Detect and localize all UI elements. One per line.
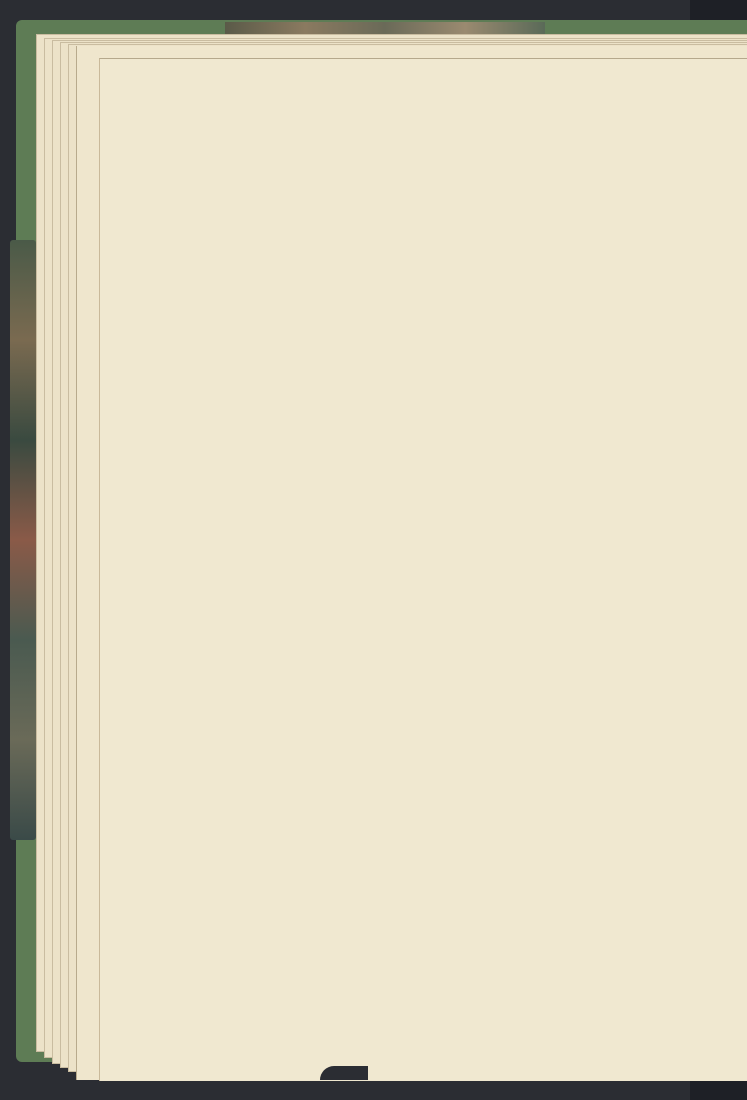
page-tear [320, 1066, 368, 1080]
marbled-edge [10, 240, 36, 840]
page-surface [99, 58, 747, 1081]
blank-page [76, 46, 747, 1080]
